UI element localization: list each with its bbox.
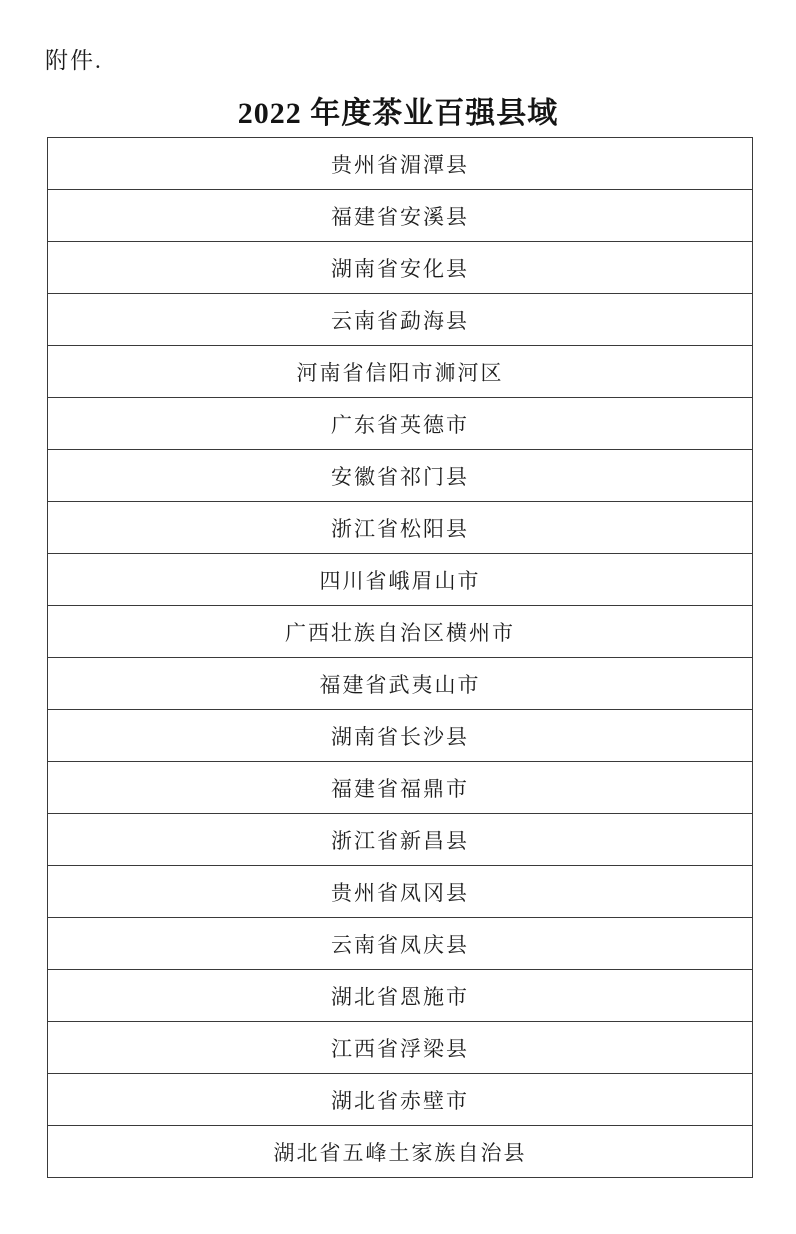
table-row: 安徽省祁门县 bbox=[48, 450, 753, 502]
table-row: 广西壮族自治区横州市 bbox=[48, 606, 753, 658]
county-name-cell: 广东省英德市 bbox=[48, 398, 753, 450]
table-row: 湖北省赤壁市 bbox=[48, 1074, 753, 1126]
table-row: 云南省勐海县 bbox=[48, 294, 753, 346]
county-name-cell: 湖北省五峰土家族自治县 bbox=[48, 1126, 753, 1178]
table-row: 湖北省五峰土家族自治县 bbox=[48, 1126, 753, 1178]
document-page: 附件. 2022 年度茶业百强县域 贵州省湄潭县福建省安溪县湖南省安化县云南省勐… bbox=[0, 0, 796, 1234]
county-name-cell: 湖北省赤壁市 bbox=[48, 1074, 753, 1126]
attachment-label: 附件. bbox=[45, 42, 103, 75]
county-name-cell: 贵州省凤冈县 bbox=[48, 866, 753, 918]
county-name-cell: 云南省凤庆县 bbox=[48, 918, 753, 970]
county-name-cell: 贵州省湄潭县 bbox=[48, 138, 753, 190]
table-row: 浙江省松阳县 bbox=[48, 502, 753, 554]
county-name-cell: 广西壮族自治区横州市 bbox=[48, 606, 753, 658]
table-row: 福建省福鼎市 bbox=[48, 762, 753, 814]
table-row: 湖北省恩施市 bbox=[48, 970, 753, 1022]
county-name-cell: 福建省武夷山市 bbox=[48, 658, 753, 710]
table-row: 福建省安溪县 bbox=[48, 190, 753, 242]
county-name-cell: 四川省峨眉山市 bbox=[48, 554, 753, 606]
county-name-cell: 湖北省恩施市 bbox=[48, 970, 753, 1022]
page-title: 2022 年度茶业百强县域 bbox=[0, 88, 796, 132]
county-name-cell: 云南省勐海县 bbox=[48, 294, 753, 346]
county-name-cell: 湖南省安化县 bbox=[48, 242, 753, 294]
county-name-cell: 浙江省新昌县 bbox=[48, 814, 753, 866]
table-row: 湖南省安化县 bbox=[48, 242, 753, 294]
county-name-cell: 江西省浮梁县 bbox=[48, 1022, 753, 1074]
table-row: 河南省信阳市浉河区 bbox=[48, 346, 753, 398]
county-name-cell: 浙江省松阳县 bbox=[48, 502, 753, 554]
county-name-cell: 河南省信阳市浉河区 bbox=[48, 346, 753, 398]
table-row: 湖南省长沙县 bbox=[48, 710, 753, 762]
table-row: 贵州省湄潭县 bbox=[48, 138, 753, 190]
table-row: 浙江省新昌县 bbox=[48, 814, 753, 866]
table-row: 贵州省凤冈县 bbox=[48, 866, 753, 918]
county-name-cell: 福建省安溪县 bbox=[48, 190, 753, 242]
county-name-cell: 湖南省长沙县 bbox=[48, 710, 753, 762]
county-table-body: 贵州省湄潭县福建省安溪县湖南省安化县云南省勐海县河南省信阳市浉河区广东省英德市安… bbox=[48, 138, 753, 1178]
table-row: 四川省峨眉山市 bbox=[48, 554, 753, 606]
table-row: 云南省凤庆县 bbox=[48, 918, 753, 970]
table-row: 福建省武夷山市 bbox=[48, 658, 753, 710]
table-row: 广东省英德市 bbox=[48, 398, 753, 450]
county-list-table: 贵州省湄潭县福建省安溪县湖南省安化县云南省勐海县河南省信阳市浉河区广东省英德市安… bbox=[47, 137, 753, 1178]
table-row: 江西省浮梁县 bbox=[48, 1022, 753, 1074]
county-name-cell: 福建省福鼎市 bbox=[48, 762, 753, 814]
county-name-cell: 安徽省祁门县 bbox=[48, 450, 753, 502]
